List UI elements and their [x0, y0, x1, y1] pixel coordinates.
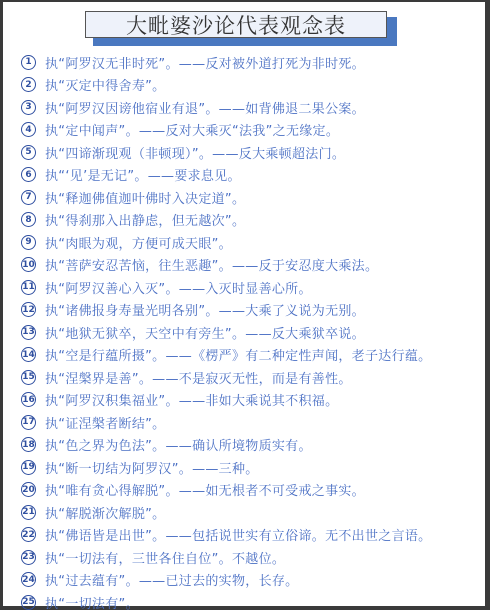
circled-number-icon: 20	[21, 482, 36, 497]
list-item: 20执“唯有贪心得解脱”。——如无根者不可受戒之事实。	[21, 479, 481, 502]
item-text: 执“定中闻声”。——反对大乘灭“法我”之无缘定。	[45, 120, 339, 139]
circled-number-icon: 2	[21, 77, 36, 92]
item-text: 执“一切法有”。	[45, 593, 139, 610]
circled-number-icon: 7	[21, 190, 36, 205]
circled-number-icon: 5	[21, 145, 36, 160]
item-text: 执“菩萨安忍苦恼，往生恶趣”。——反于安忍度大乘法。	[45, 255, 378, 274]
list-item: 19执“断一切结为阿罗汉”。——三种。	[21, 456, 481, 479]
item-text: 执“诸佛报身寿量光明各别”。——大乘了义说为无别。	[45, 300, 365, 319]
item-text: 执“色之界为色法”。——确认所境物质实有。	[45, 435, 312, 454]
item-text: 执“得刹那入出静虑，但无越次”。	[45, 210, 245, 229]
list-item: 1执“阿罗汉无非时死”。——反对被外道打死为非时死。	[21, 51, 481, 74]
document-page: 大毗婆沙论代表观念表 1执“阿罗汉无非时死”。——反对被外道打死为非时死。2执“…	[3, 2, 485, 606]
item-text: 执“阿罗汉积集福业”。——非如大乘说其不积福。	[45, 390, 338, 409]
list-item: 21执“解脱渐次解脱”。	[21, 501, 481, 524]
circled-number-icon: 3	[21, 100, 36, 115]
item-text: 执“地狱无狱卒，天空中有旁生”。——反大乘狱卒说。	[45, 323, 365, 342]
list-item: 3执“阿罗汉因谤他宿业有退”。——如背佛退二果公案。	[21, 96, 481, 119]
item-text: 执“释迦佛值迦叶佛时入决定道”。	[45, 188, 245, 207]
circled-number-icon: 19	[21, 460, 36, 475]
list-item: 2执“灭定中得舍寿”。	[21, 74, 481, 97]
item-text: 执“证涅槃者断结”。	[45, 413, 165, 432]
item-text: 执“过去蕴有”。——已过去的实物，长存。	[45, 570, 298, 589]
circled-number-icon: 11	[21, 280, 36, 295]
circled-number-icon: 17	[21, 415, 36, 430]
circled-number-icon: 10	[21, 257, 36, 272]
circled-number-icon: 12	[21, 302, 36, 317]
list-item: 6执“‘见’是无记”。——要求息见。	[21, 164, 481, 187]
circled-number-icon: 13	[21, 325, 36, 340]
list-item: 12执“诸佛报身寿量光明各别”。——大乘了义说为无别。	[21, 299, 481, 322]
list-item: 25执“一切法有”。	[21, 591, 481, 610]
list-item: 24执“过去蕴有”。——已过去的实物，长存。	[21, 569, 481, 592]
item-text: 执“一切法有，三世各住自位”。不越位。	[45, 548, 285, 567]
list-item: 9执“肉眼为观，方便可成天眼”。	[21, 231, 481, 254]
item-text: 执“阿罗汉无非时死”。——反对被外道打死为非时死。	[45, 53, 365, 72]
item-text: 执“阿罗汉善心入灭”。——入灭时显善心所。	[45, 278, 312, 297]
list-item: 16执“阿罗汉积集福业”。——非如大乘说其不积福。	[21, 389, 481, 412]
item-text: 执“‘见’是无记”。——要求息见。	[45, 165, 241, 184]
list-item: 7执“释迦佛值迦叶佛时入决定道”。	[21, 186, 481, 209]
circled-number-icon: 24	[21, 572, 36, 587]
circled-number-icon: 25	[21, 595, 36, 610]
list-item: 22执“佛语皆是出世”。——包括说世实有立俗谛。无不出世之言语。	[21, 524, 481, 547]
circled-number-icon: 8	[21, 212, 36, 227]
item-text: 执“断一切结为阿罗汉”。——三种。	[45, 458, 259, 477]
title-box: 大毗婆沙论代表观念表	[85, 11, 387, 38]
concept-list: 1执“阿罗汉无非时死”。——反对被外道打死为非时死。2执“灭定中得舍寿”。3执“…	[21, 51, 481, 610]
list-item: 11执“阿罗汉善心入灭”。——入灭时显善心所。	[21, 276, 481, 299]
item-text: 执“阿罗汉因谤他宿业有退”。——如背佛退二果公案。	[45, 98, 365, 117]
circled-number-icon: 21	[21, 505, 36, 520]
page-title: 大毗婆沙论代表观念表	[126, 10, 346, 40]
item-text: 执“解脱渐次解脱”。	[45, 503, 165, 522]
item-text: 执“肉眼为观，方便可成天眼”。	[45, 233, 232, 252]
circled-number-icon: 6	[21, 167, 36, 182]
item-text: 执“灭定中得舍寿”。	[45, 75, 165, 94]
item-text: 执“涅槃界是善”。——不是寂灭无性，而是有善性。	[45, 368, 352, 387]
circled-number-icon: 1	[21, 55, 36, 70]
list-item: 18执“色之界为色法”。——确认所境物质实有。	[21, 434, 481, 457]
item-text: 执“四谛渐现观（非顿现）”。——反大乘顿超法门。	[45, 143, 345, 162]
item-text: 执“空是行蕴所摄”。——《楞严》有二种定性声闻，老子达行蕴。	[45, 345, 431, 364]
list-item: 13执“地狱无狱卒，天空中有旁生”。——反大乘狱卒说。	[21, 321, 481, 344]
list-item: 8执“得刹那入出静虑，但无越次”。	[21, 209, 481, 232]
list-item: 15执“涅槃界是善”。——不是寂灭无性，而是有善性。	[21, 366, 481, 389]
list-item: 10执“菩萨安忍苦恼，往生恶趣”。——反于安忍度大乘法。	[21, 254, 481, 277]
item-text: 执“佛语皆是出世”。——包括说世实有立俗谛。无不出世之言语。	[45, 525, 431, 544]
circled-number-icon: 14	[21, 347, 36, 362]
list-item: 14执“空是行蕴所摄”。——《楞严》有二种定性声闻，老子达行蕴。	[21, 344, 481, 367]
circled-number-icon: 16	[21, 392, 36, 407]
list-item: 17执“证涅槃者断结”。	[21, 411, 481, 434]
circled-number-icon: 23	[21, 550, 36, 565]
circled-number-icon: 18	[21, 437, 36, 452]
list-item: 5执“四谛渐现观（非顿现）”。——反大乘顿超法门。	[21, 141, 481, 164]
circled-number-icon: 22	[21, 527, 36, 542]
list-item: 23执“一切法有，三世各住自位”。不越位。	[21, 546, 481, 569]
circled-number-icon: 9	[21, 235, 36, 250]
circled-number-icon: 15	[21, 370, 36, 385]
circled-number-icon: 4	[21, 122, 36, 137]
list-item: 4执“定中闻声”。——反对大乘灭“法我”之无缘定。	[21, 119, 481, 142]
item-text: 执“唯有贪心得解脱”。——如无根者不可受戒之事实。	[45, 480, 365, 499]
